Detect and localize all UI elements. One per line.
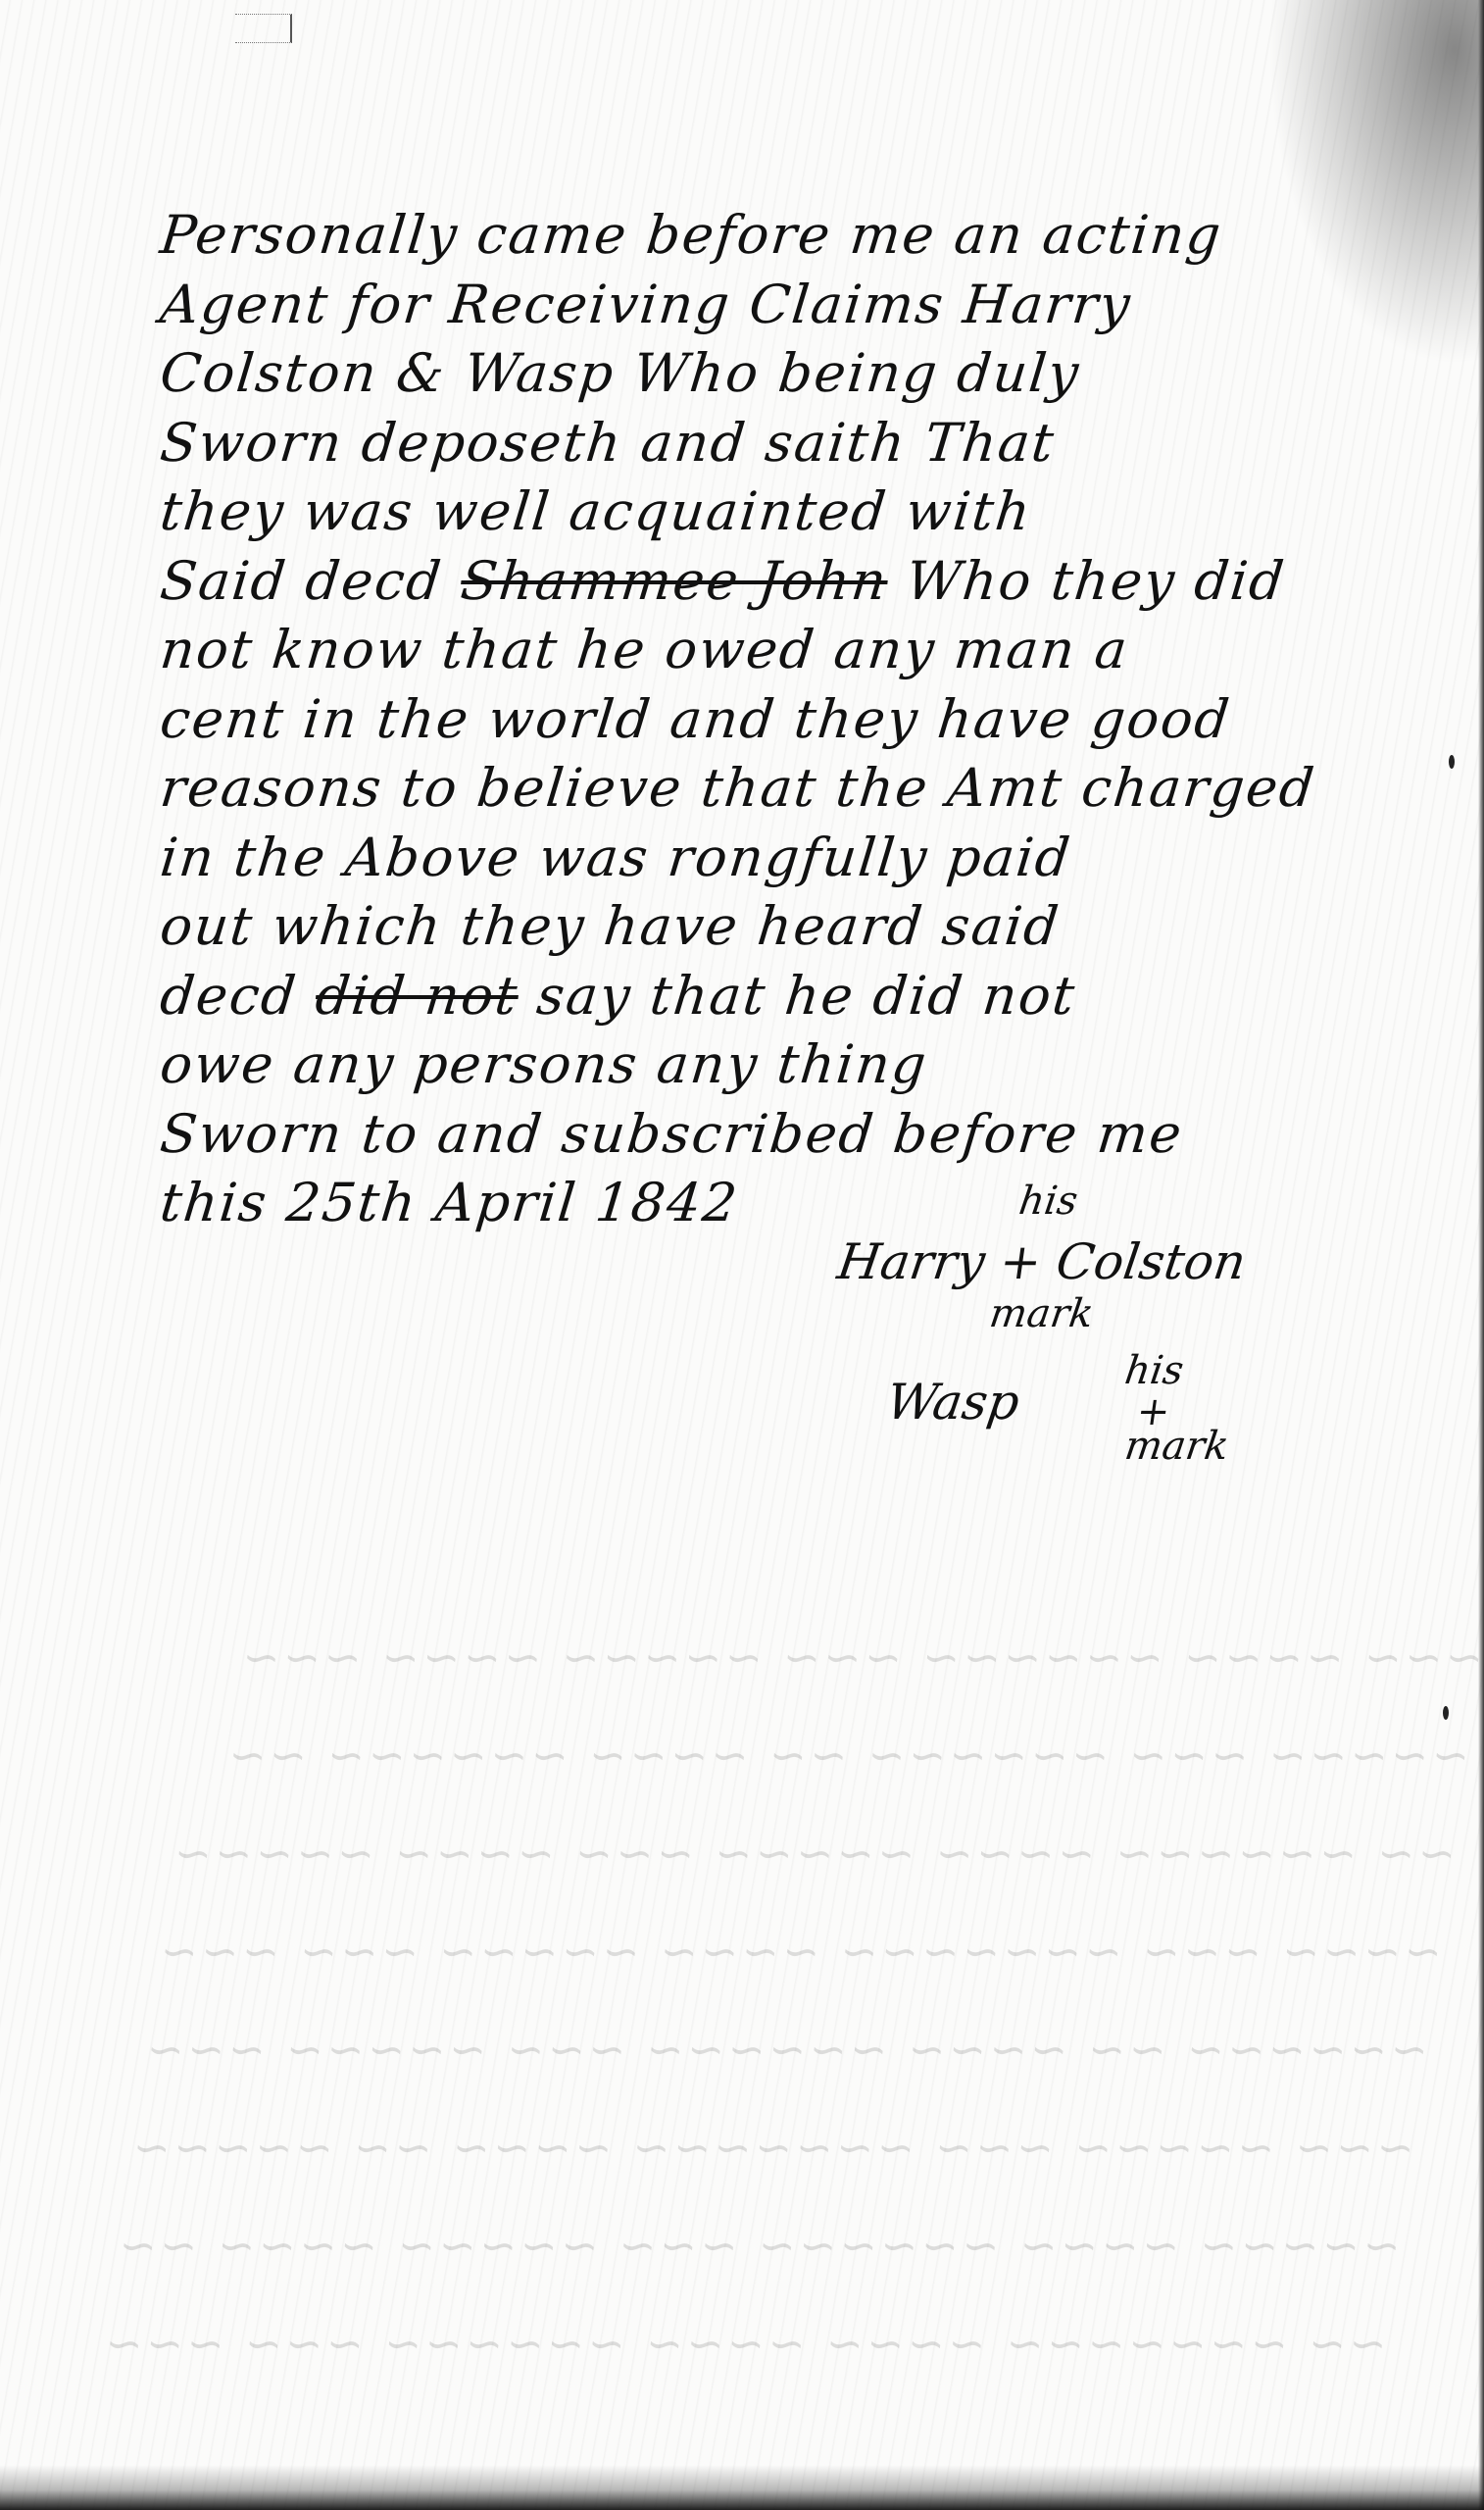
body-line-7: not know that he owed any man a	[157, 616, 1458, 685]
signature-2-mark: mark	[1122, 1427, 1231, 1466]
body-line-12-after: say that he did not	[534, 965, 1079, 1027]
body-line-6-after: Who they did	[904, 550, 1289, 612]
corner-archive-mark	[235, 14, 292, 43]
body-line-3: Colston & Wasp Who being duly	[157, 339, 1458, 409]
body-line-5: they was well acquainted with	[157, 477, 1458, 547]
bleed-line: ~~~ ~~~~ ~~~~~~ ~~~ ~~~~~ ~~~~ ~~~	[84, 1608, 1484, 1706]
page-edge-bottom	[0, 2465, 1484, 2510]
body-line-9: reasons to believe that the Amt charged	[157, 754, 1458, 824]
bleed-line: ~~~ ~~~~~ ~~~ ~~~~~~~ ~~~~ ~~ ~~~~~	[16, 2098, 1421, 2196]
signature-1-name: Harry + Colston	[834, 1237, 1249, 1286]
bleed-line: ~~~~~ ~~~ ~~~~~~ ~~ ~~~~ ~~~~~~ ~~	[71, 1706, 1476, 1804]
bleed-line: ~~~~~ ~~~~ ~~~~~~ ~~~ ~~~~~ ~~~~ ~~	[2, 2196, 1408, 2294]
body-line-1: Personally came before me an acting	[157, 201, 1458, 271]
body-line-2: Agent for Receiving Claims Harry	[157, 271, 1458, 340]
signature-2-name: Wasp	[883, 1378, 1022, 1427]
bleed-line: ~~ ~~~~~~~ ~~~~ ~~~~ ~~~~~~ ~~~ ~~~	[0, 2294, 1394, 2392]
struck-text: Shammee John	[458, 550, 891, 612]
ink-speck	[1443, 1706, 1449, 1720]
body-line-12: decd did not say that he did not	[157, 962, 1458, 1031]
signature-1-mark: mark	[987, 1294, 1096, 1333]
body-line-8: cent in the world and they have good	[157, 685, 1458, 755]
body-line-13: owe any persons any thing	[157, 1030, 1458, 1100]
affidavit-body: Personally came before me an acting Agen…	[157, 201, 1451, 1238]
body-line-6: Said decd Shammee John Who they did	[157, 547, 1458, 617]
page-edge-right	[1478, 0, 1484, 2510]
struck-text: did not	[313, 965, 521, 1027]
body-line-4: Sworn deposeth and saith That	[157, 409, 1458, 478]
bleed-through-text: ~~~ ~~~~ ~~~~~~ ~~~ ~~~~~ ~~~~ ~~~ ~~~~~…	[0, 1608, 1484, 2451]
bleed-line: ~~~~ ~~~ ~~~~~~~ ~~~~ ~~~~~ ~~~ ~~~	[43, 1902, 1449, 2000]
signature-1-his: his	[1016, 1181, 1080, 1221]
body-line-6-before: Said decd	[157, 550, 445, 612]
ink-speck	[1449, 755, 1455, 769]
body-line-12-before: decd	[157, 965, 300, 1027]
bleed-line: ~~ ~~~~~~ ~~~~ ~~~~~ ~~~ ~~~~ ~~~~~	[57, 1804, 1462, 1902]
signature-2-his: his	[1122, 1351, 1186, 1390]
jurat-line: Sworn to and subscribed before me	[157, 1100, 1458, 1170]
body-line-11: out which they have heard said	[157, 892, 1458, 962]
body-line-10: in the Above was rongfully paid	[157, 824, 1458, 893]
date-line: this 25th April 1842	[157, 1169, 1458, 1238]
document-page: Personally came before me an acting Agen…	[0, 0, 1484, 2510]
bleed-line: ~~~~~~ ~~ ~~~~ ~~~~~~ ~~~ ~~~~~ ~~~	[29, 2000, 1435, 2098]
